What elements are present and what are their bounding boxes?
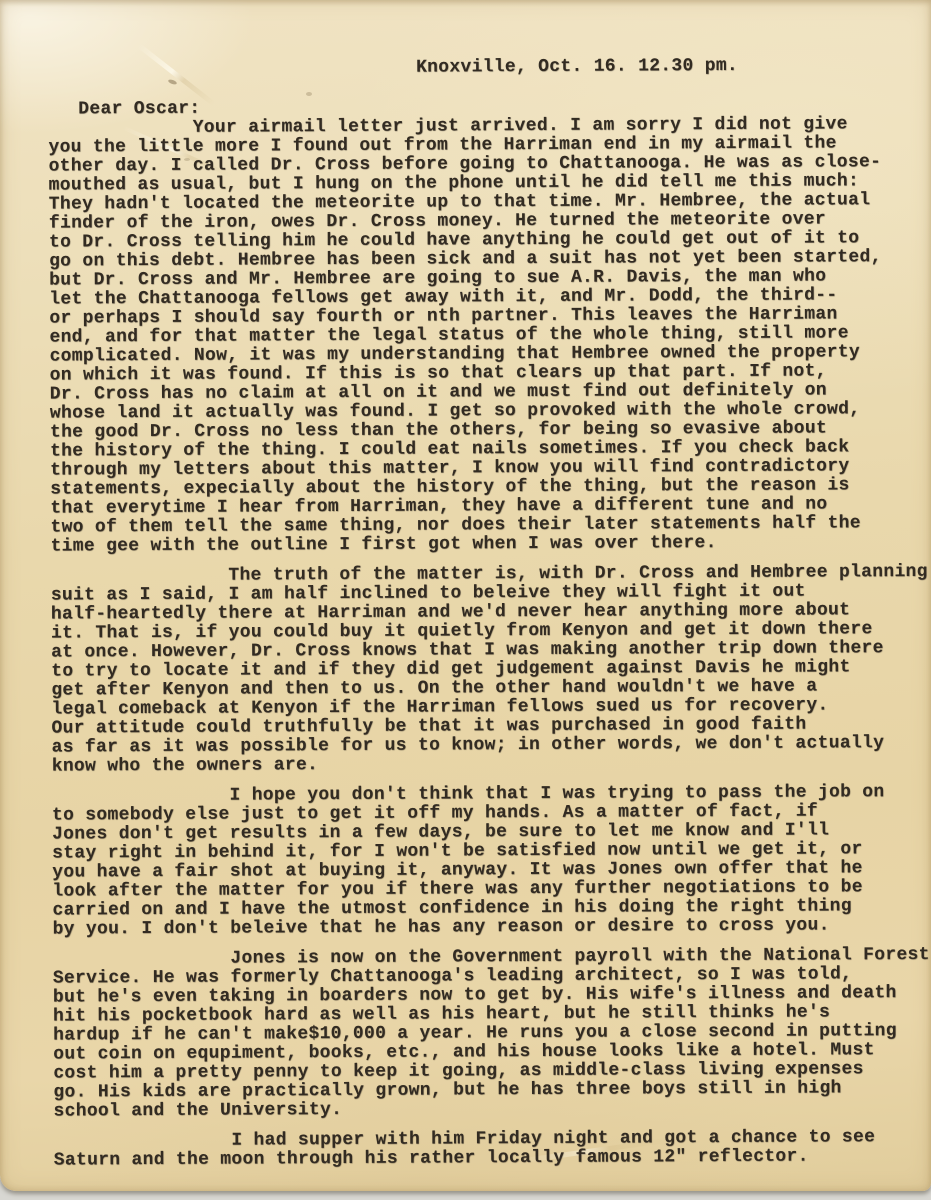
letter-paragraph-2: The truth of the matter is, with Dr. Cro… <box>51 563 912 777</box>
letter-paragraph-3: I hope you don't think that I was trying… <box>52 783 913 940</box>
letter-body: Your airmail letter just arrived. I am s… <box>48 115 913 1170</box>
dateline: Knoxville, Oct. 16. 12.30 pm. <box>416 56 908 78</box>
letter-paragraph-1: Your airmail letter just arrived. I am s… <box>48 115 910 556</box>
letter-text: Knoxville, Oct. 16. 12.30 pm. Dear Oscar… <box>48 56 914 1181</box>
letter-page: Knoxville, Oct. 16. 12.30 pm. Dear Oscar… <box>0 0 931 1191</box>
letter-paragraph-5: I had supper with him Friday night and g… <box>54 1128 914 1171</box>
letter-paragraph-4: Jones is now on the Government payroll w… <box>53 946 914 1122</box>
